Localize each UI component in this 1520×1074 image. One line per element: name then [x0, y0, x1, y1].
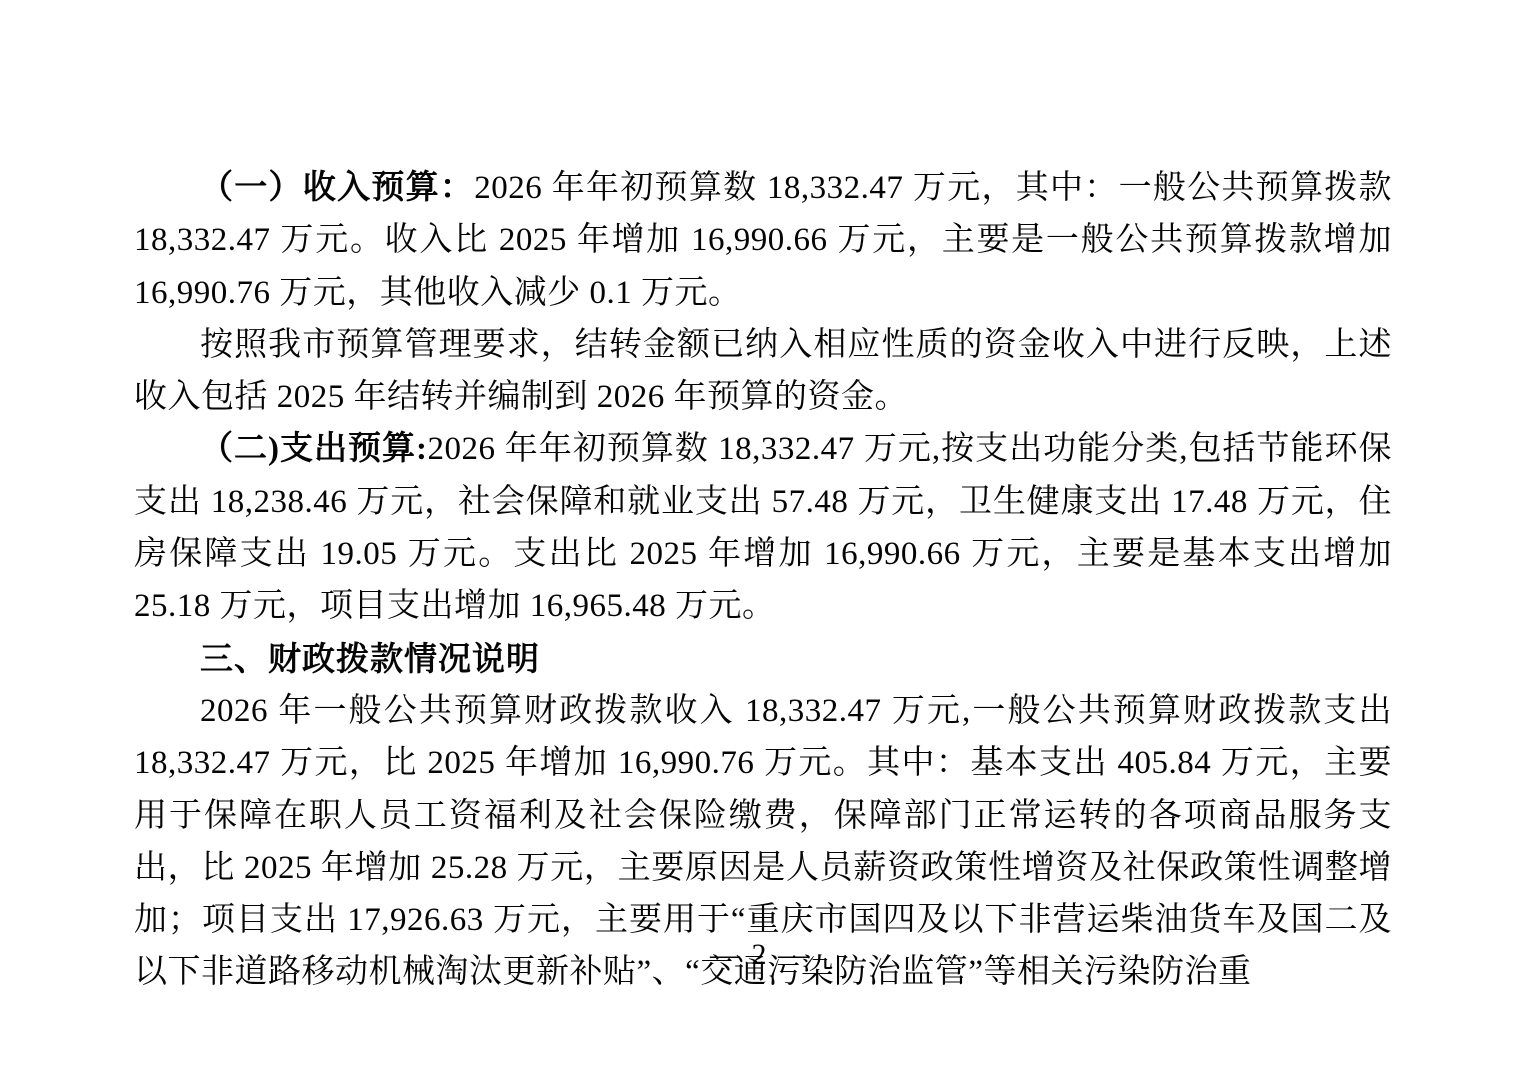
paragraph-carryover-note: 按照我市预算管理要求，结转金额已纳入相应性质的资金收入中进行反映，上述收入包括 … [134, 319, 1392, 424]
page-number: — 2 — [0, 938, 1520, 972]
paragraph-lead: （二)支出预算: [200, 431, 428, 467]
section-heading-fiscal-appropriation: 三、财政拨款情况说明 [134, 633, 1392, 685]
document-page: （一）收入预算：2026 年年初预算数 18,332.47 万元，其中：一般公共… [0, 0, 1520, 1074]
paragraph-expenditure-budget: （二)支出预算:2026 年年初预算数 18,332.47 万元,按支出功能分类… [134, 423, 1392, 632]
paragraph-income-budget: （一）收入预算：2026 年年初预算数 18,332.47 万元，其中：一般公共… [134, 162, 1392, 319]
document-body: （一）收入预算：2026 年年初预算数 18,332.47 万元，其中：一般公共… [134, 162, 1392, 999]
paragraph-lead: （一）收入预算： [200, 170, 474, 206]
paragraph-text: 按照我市预算管理要求，结转金额已纳入相应性质的资金收入中进行反映，上述收入包括 … [134, 327, 1392, 415]
